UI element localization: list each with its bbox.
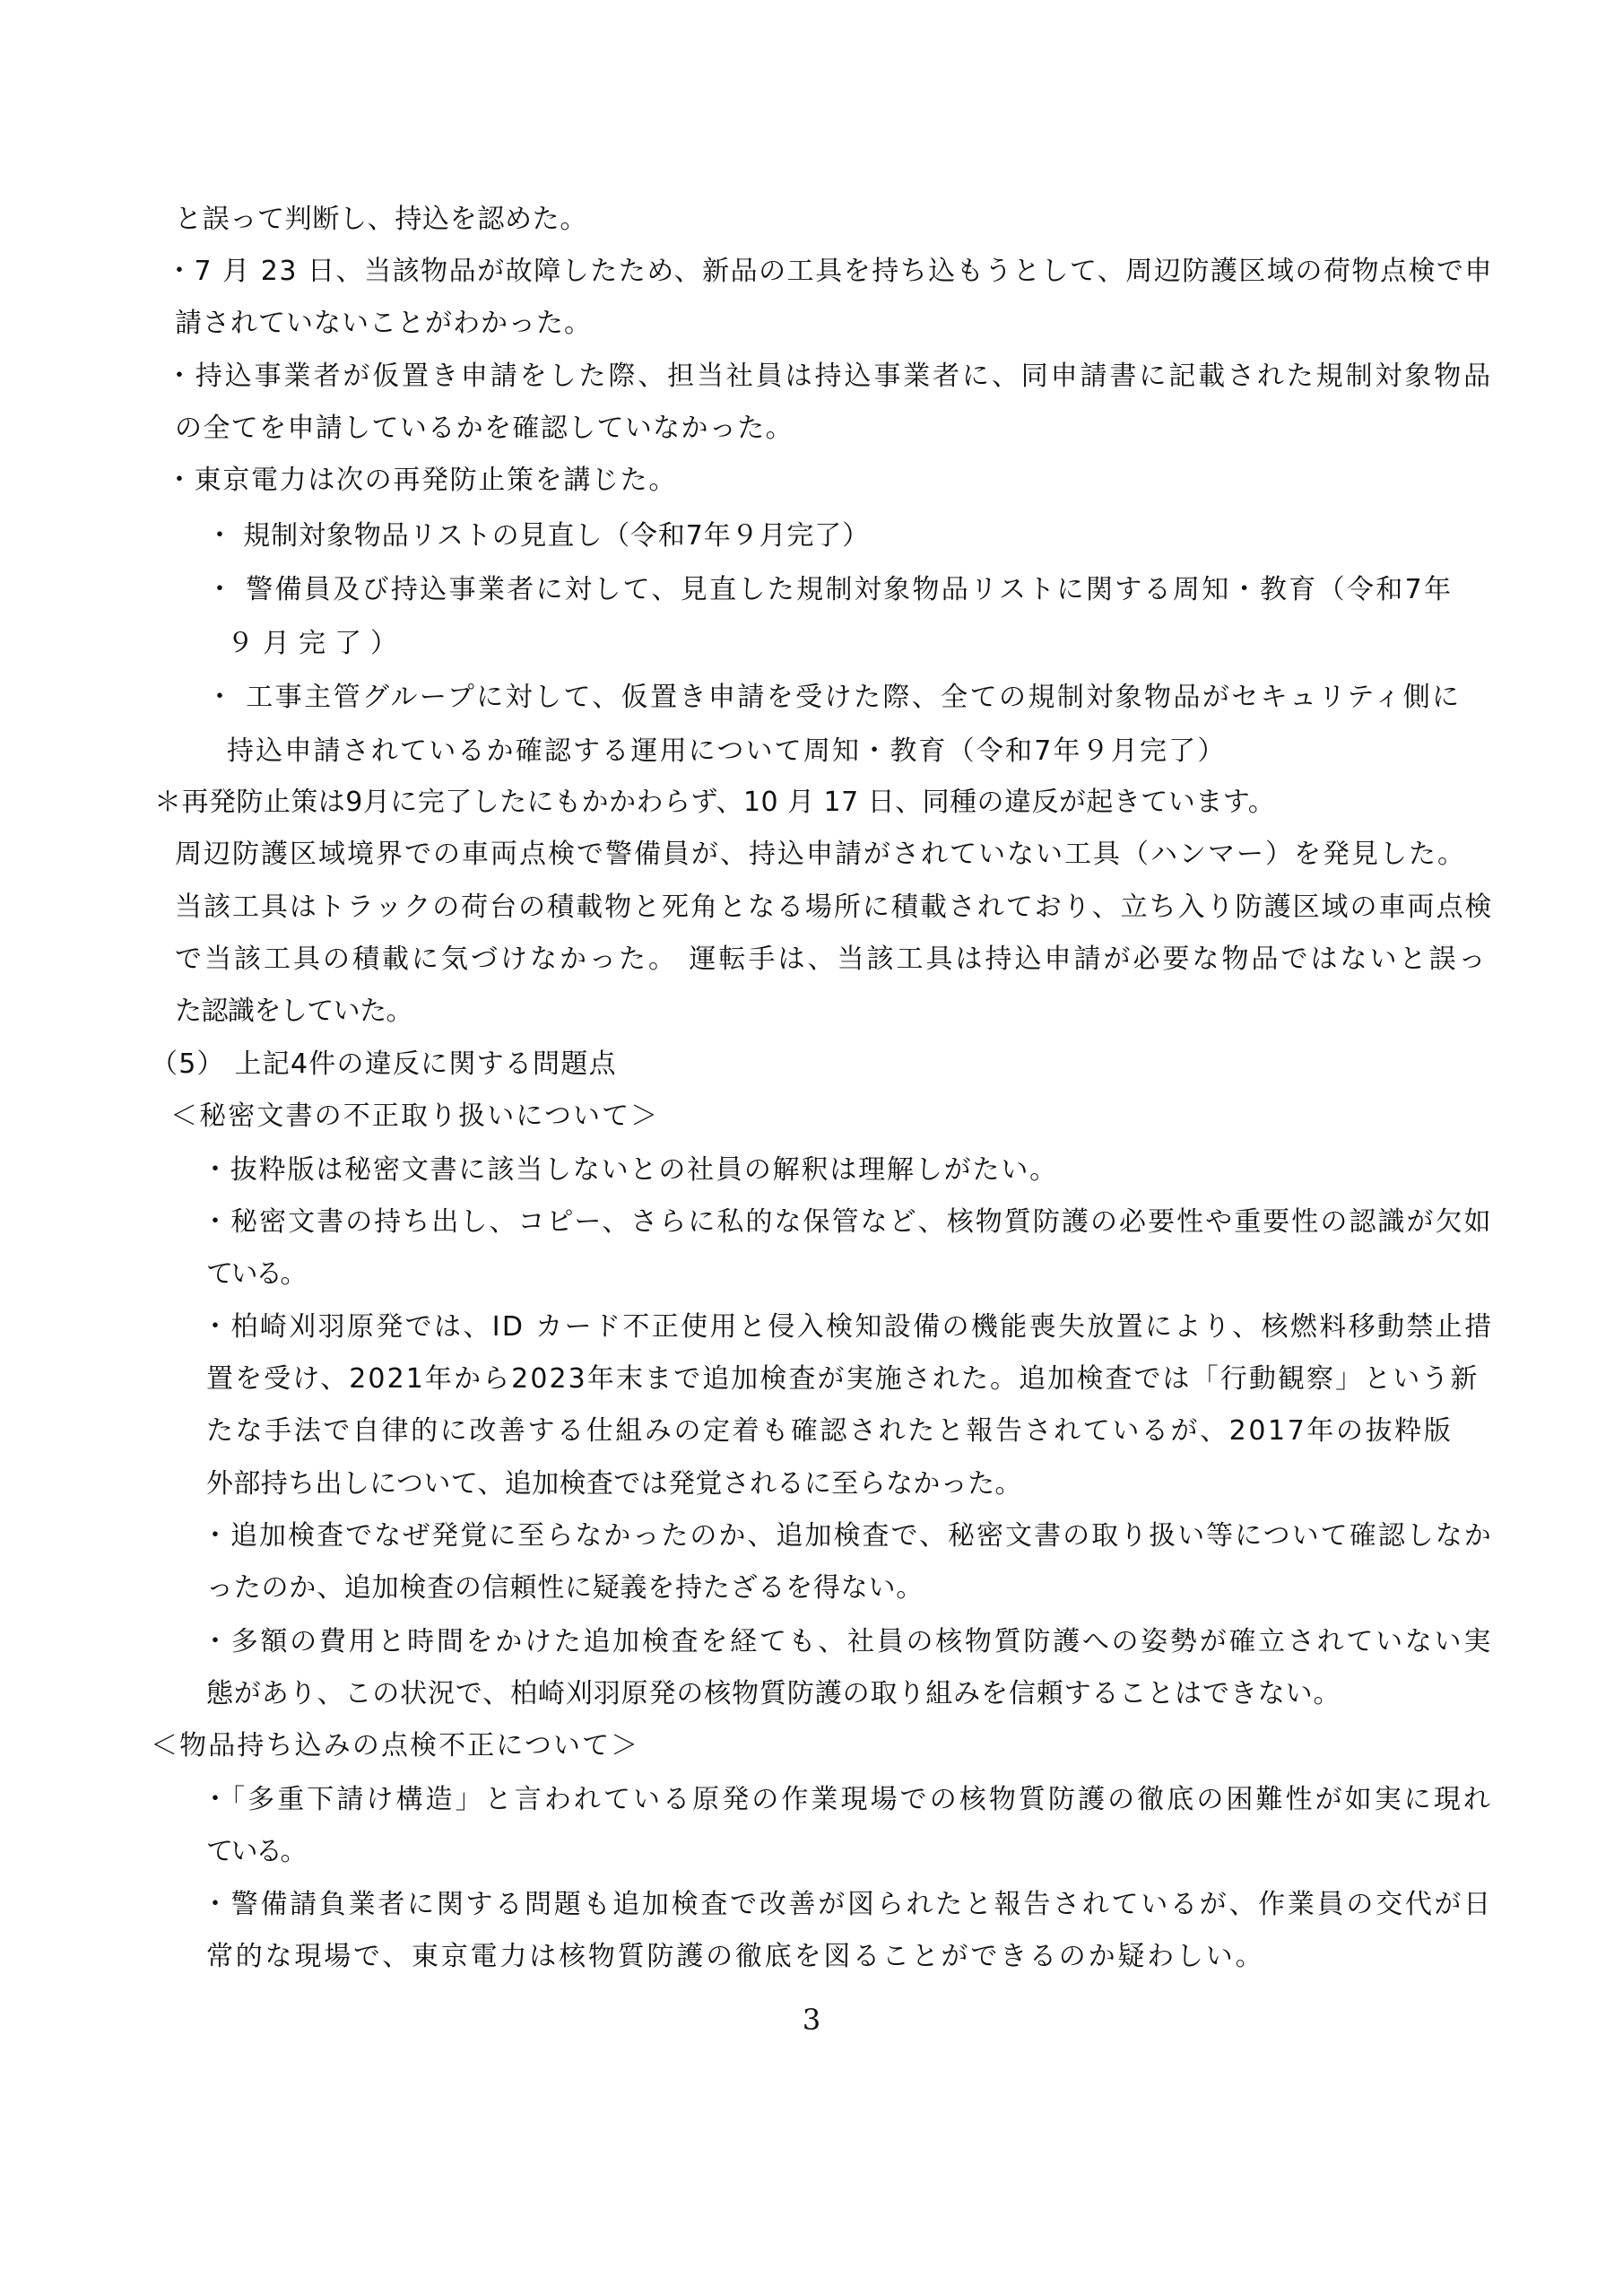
text-line: ・ 規制対象物品リストの見直し（令和7年９月完了）: [206, 518, 870, 554]
text-line: の全てを申請しているかを確認していなかった。: [175, 411, 794, 447]
text-line: 常的な現場で、東京電力は核物質防護の徹底を図ることができるのか疑わしい。: [206, 1939, 1264, 1975]
text-line: 態があり、この状況で、柏崎刈羽原発の核物質防護の取り組みを信頼することはできない…: [206, 1676, 1341, 1712]
text-line: ・持込事業者が仮置き申請をした際、担当社員は持込事業者に、同申請書に記載された規…: [166, 359, 1493, 395]
text-line: ・ 警備員及び持込事業者に対して、見直した規制対象物品リストに関する周知・教育（…: [206, 572, 1453, 608]
text-line: ったのか、追加検査の信頼性に疑義を持たざるを得ない。: [206, 1570, 924, 1606]
text-line: 置を受け、2021年から2023年末まで追加検査が実施された。追加検査では「行動…: [206, 1361, 1480, 1397]
text-line: ・抜粋版は秘密文書に該当しないとの社員の解釈は理解しがたい。: [202, 1152, 1058, 1188]
text-line: た認識をしていた。: [175, 994, 412, 1030]
text-line: で当該工具の積載に気づけなかった。 運転手は、当該工具は持込申請が必要な物品では…: [175, 942, 1488, 978]
text-line: ・追加検査でなぜ発覚に至らなかったのか、追加検査で、秘密文書の取り扱い等について…: [202, 1518, 1493, 1554]
text-line: と誤って判断し、持込を認めた。: [175, 202, 587, 238]
text-line: 周辺防護区域境界での車両点検で警備員が、持込申請がされていない工具（ハンマー）を…: [175, 837, 1466, 873]
text-line: ・7 月 23 日、当該物品が故障したため、新品の工具を持ち込もうとして、周辺防…: [166, 254, 1493, 290]
text-line: ・多額の費用と時間をかけた追加検査を経ても、社員の核物質防護への姿勢が確立されて…: [202, 1624, 1493, 1660]
text-line: （5） 上記4件の違反に関する問題点: [151, 1047, 617, 1083]
text-line: 請されていないことがわかった。: [175, 306, 592, 342]
page-number: 3: [0, 2002, 1623, 2038]
text-line: ・ 工事主管グループに対して、仮置き申請を受けた際、全ての規制対象物品がセキュリ…: [206, 680, 1462, 716]
document-page: と誤って判断し、持込を認めた。・7 月 23 日、当該物品が故障したため、新品の…: [0, 0, 1623, 2296]
text-line: 持込申請されているか確認する運用について周知・教育（令和7年９月完了）: [227, 734, 1227, 770]
text-line: ＜物品持ち込みの点検不正について＞: [151, 1728, 639, 1764]
text-line: ９月完了）: [227, 626, 406, 662]
text-line: ・「多重下請け構造」と言われている原発の作業現場での核物質防護の徹底の困難性が如…: [202, 1782, 1493, 1818]
text-line: たな手法で自律的に改善する仕組みの定着も確認されたと報告されているが、2017年…: [206, 1413, 1453, 1449]
text-line: ・柏崎刈羽原発では、ID カード不正使用と侵入検知設備の機能喪失放置により、核燃…: [202, 1309, 1493, 1345]
text-line: 外部持ち出しについて、追加検査では発覚されるに至らなかった。: [206, 1466, 1022, 1502]
text-line: 当該工具はトラックの荷台の積載物と死角となる場所に積載されており、立ち入り防護区…: [175, 890, 1493, 926]
text-line: ・警備請負業者に関する問題も追加検査で改善が図られたと報告されているが、作業員の…: [202, 1887, 1493, 1923]
text-line: ている。: [206, 1834, 305, 1870]
text-line: ＜秘密文書の不正取り扱いについて＞: [170, 1099, 659, 1135]
text-line: ている。: [206, 1257, 305, 1292]
text-line: ・秘密文書の持ち出し、コピー、さらに私的な保管など、核物質防護の必要性や重要性の…: [202, 1205, 1493, 1240]
text-line: ・東京電力は次の再発防止策を講じた。: [166, 463, 677, 499]
text-line: ＊再発防止策は9月に完了したにもかかわらず、10 月 17 日、同種の違反が起き…: [154, 785, 1275, 821]
